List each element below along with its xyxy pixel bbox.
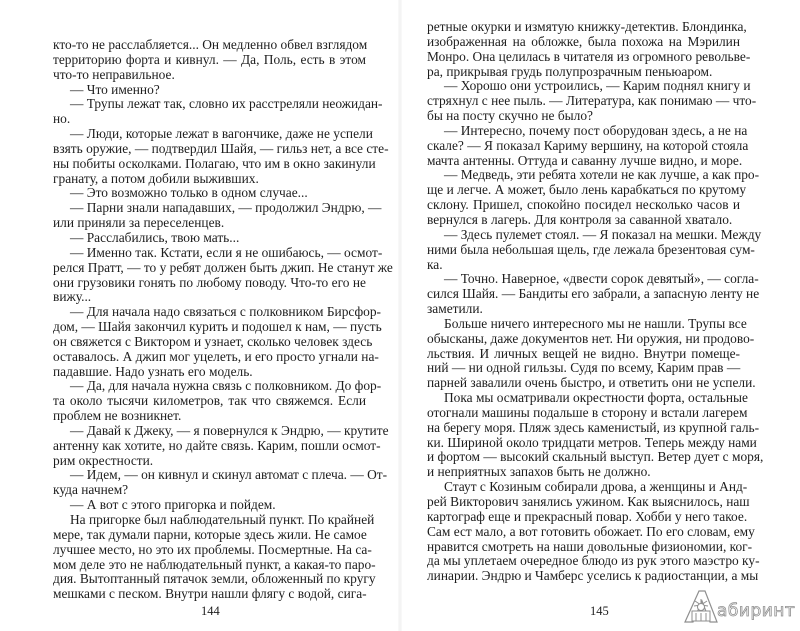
text-line: изображенная на обложке, была похожа на … xyxy=(427,35,740,50)
text-line: та около тысячи километров, так что свяж… xyxy=(53,394,366,409)
text-line: ны побиты осколками. Полагаю, что им в о… xyxy=(53,157,366,172)
text-line: отогнали машины подальше в сторону и вст… xyxy=(427,406,740,421)
text-line: — Это возможно только в одном случае... xyxy=(53,186,366,201)
text-line: мере, так думали парни, которые здесь жи… xyxy=(53,528,366,543)
text-line: Сам ест мало, а вот готовить обожает. По… xyxy=(427,525,740,540)
text-line: они грузовики гонять по любому поводу. Ч… xyxy=(53,276,366,291)
text-line: антенну как хотите, но дайте связь. Кари… xyxy=(53,439,366,454)
text-line: скале? — Я показал Кариму вершину, на ко… xyxy=(427,139,740,154)
text-line: оставалось. А джип мог уцелеть, и его пр… xyxy=(53,350,366,365)
text-line: льствия. И личных вещей не видно. Внутри… xyxy=(427,347,740,362)
text-line: мешками с песком. Внутри нашли флягу с в… xyxy=(53,587,366,602)
text-line: взять оружие, — подтвердил Шайя, — гильз… xyxy=(53,142,366,157)
text-line: бы на посту скучно не было? xyxy=(427,109,740,124)
text-line: — Здесь пулемет стоял. — Я показал на ме… xyxy=(427,228,740,243)
text-line: нравится смотреть на наши довольные физи… xyxy=(427,540,740,555)
text-line: ними была небольшая щель, где лежала бре… xyxy=(427,243,740,258)
page-number-right: 145 xyxy=(590,604,609,619)
left-page: кто-то не расслабляется... Он медленно о… xyxy=(0,0,400,631)
text-line: ра, прикрывая грудь полупрозрачным пенью… xyxy=(427,65,740,80)
text-line: Монро. Она целилась в читателя из огромн… xyxy=(427,50,740,65)
text-line: падавшие. Надо узнать его модель. xyxy=(53,365,366,380)
text-line: дия. Вытоптанный пятачок земли, обложенн… xyxy=(53,572,366,587)
labirint-watermark: абиринт xyxy=(683,589,795,623)
text-line: ки. Шириной около тридцати метров. Тепер… xyxy=(427,436,740,451)
text-line: ний — ни одной гильзы. Судя по всему, Ка… xyxy=(427,361,740,376)
text-line: рим окрестности. xyxy=(53,454,366,469)
text-line: вернулся в лагерь. Для контроля за саван… xyxy=(427,213,740,228)
text-line: — Давай к Джеку, — я повернулся к Эндрю,… xyxy=(53,424,366,439)
text-line: ка. xyxy=(427,258,740,273)
text-line: — Для начала надо связаться с полковнико… xyxy=(53,305,366,320)
labirint-logo-icon xyxy=(683,589,719,623)
text-line: на берегу моря. Пляж здесь каменистый, и… xyxy=(427,421,740,436)
text-line: территорию форта и кивнул. — Да, Поль, е… xyxy=(53,53,366,68)
text-line: Пока мы осматривали окрестности форта, о… xyxy=(427,391,740,406)
text-line: картограф еще и прекрасный повар. Хобби … xyxy=(427,510,740,525)
text-line: да мы уплетаем очередное блюдо из рук эт… xyxy=(427,554,740,569)
text-line: — Да, для начала нужна связь с полковник… xyxy=(53,379,366,394)
text-line: — Парни знали нападавших, — продолжил Эн… xyxy=(53,201,366,216)
text-line: стряхнул с нее пыль. — Литература, как п… xyxy=(427,94,740,109)
text-line: но. xyxy=(53,112,366,127)
text-line: и фортом — высокий скальный выступ. Вете… xyxy=(427,450,740,465)
text-line: ретные окурки и измятую книжку-детектив.… xyxy=(427,20,740,35)
labirint-logo-text: абиринт xyxy=(717,601,795,621)
text-line: склону. Пришел, спокойно посидел несколь… xyxy=(427,198,740,213)
text-line: обысканы, даже документов нет. Ни оружия… xyxy=(427,332,740,347)
text-line: ще и легче. А может, было лень карабкать… xyxy=(427,183,740,198)
text-line: — Точно. Наверное, «двести сорок девятый… xyxy=(427,272,740,287)
text-line: заметили. xyxy=(427,302,740,317)
text-line: сился Шайя. — Бандиты его забрали, а зап… xyxy=(427,287,740,302)
text-line: куда начнем? xyxy=(53,483,366,498)
text-line: — А вот с этого пригорка и пойдем. xyxy=(53,498,366,513)
text-line: и неприятных запахов быть не должно. xyxy=(427,465,740,480)
text-line: проблем не возникнет. xyxy=(53,409,366,424)
page-number-left: 144 xyxy=(201,604,220,619)
left-page-text: кто-то не расслабляется... Он медленно о… xyxy=(53,38,366,602)
text-line: рей Викторович занялись ужином. Как выяс… xyxy=(427,495,740,510)
text-line: кто-то не расслабляется... Он медленно о… xyxy=(53,38,366,53)
text-line: — Люди, которые лежат в вагончике, даже … xyxy=(53,127,366,142)
text-line: мачта антенны. Оттуда и саванну лучше ви… xyxy=(427,154,740,169)
text-line: — Медведь, эти ребята хотели не как лучш… xyxy=(427,168,740,183)
text-line: На пригорке был наблюдательный пункт. По… xyxy=(53,513,366,528)
right-page: ретные окурки и измятую книжку-детектив.… xyxy=(400,0,800,631)
text-line: дом, — Шайя закончил курить и подошел к … xyxy=(53,320,366,335)
right-page-text: ретные окурки и измятую книжку-детектив.… xyxy=(427,20,740,584)
text-line: — Хорошо они устроились, — Карим поднял … xyxy=(427,79,740,94)
text-line: Больше ничего интересного мы не нашли. Т… xyxy=(427,317,740,332)
text-line: вижу... xyxy=(53,290,366,305)
text-line: — Именно так. Кстати, если я не ошибаюсь… xyxy=(53,246,366,261)
text-line: что-то неправильное. xyxy=(53,68,366,83)
text-line: релся Пратт, — то у ребят должен быть дж… xyxy=(53,261,366,276)
text-line: лучшее место, но это их проблемы. Посмер… xyxy=(53,543,366,558)
text-line: — Идем, — он кивнул и скинул автомат с п… xyxy=(53,468,366,483)
text-line: — Интересно, почему пост оборудован здес… xyxy=(427,124,740,139)
text-line: — Трупы лежат так, словно их расстреляли… xyxy=(53,97,366,112)
text-line: линарии. Эндрю и Чамберс уселись к радио… xyxy=(427,569,740,584)
text-line: или приняли за переселенцев. xyxy=(53,216,366,231)
text-line: гранату, а потом добили выживших. xyxy=(53,172,366,187)
text-line: мом деле это не наблюдательный пункт, а … xyxy=(53,558,366,573)
text-line: парней завалили очень быстро, и ответить… xyxy=(427,376,740,391)
text-line: — Что именно? xyxy=(53,83,366,98)
text-line: он свяжется с Виктором и узнает, сколько… xyxy=(53,335,366,350)
text-line: — Расслабились, твою мать... xyxy=(53,231,366,246)
text-line: Стаут с Козиным собирали дрова, а женщин… xyxy=(427,480,740,495)
